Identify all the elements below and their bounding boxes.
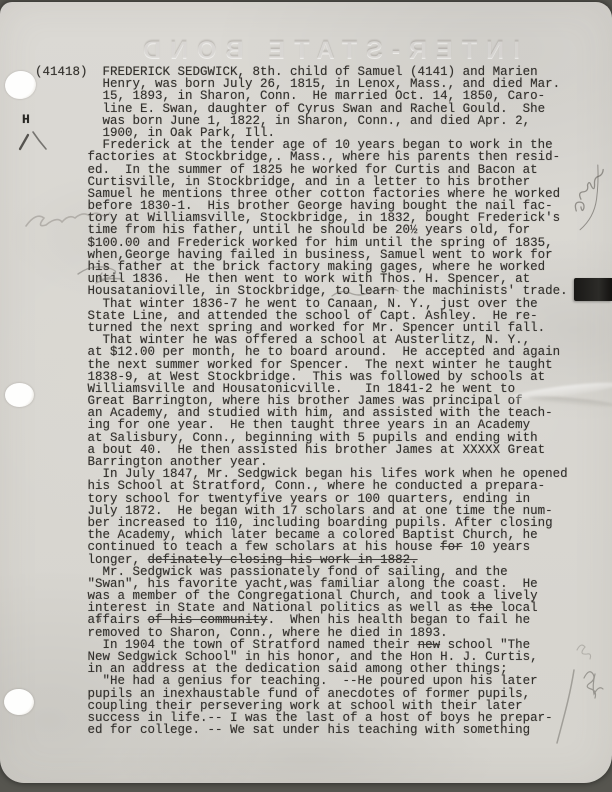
text-line: ing for one year. He then taught three y…	[35, 419, 568, 431]
text-line: at Salisbury, Conn., beginning with 5 pu…	[35, 432, 568, 444]
text-line: ed for college. -- We sat under his teac…	[35, 724, 568, 736]
text-line: $100.00 and Frederick worked for him unt…	[35, 237, 568, 249]
paragraph-body: In 1904 the town of Stratford named thei…	[35, 639, 568, 676]
paragraph-body: That winter he was offered a school at A…	[35, 334, 568, 468]
text-line: Housatanioville, in Stockbridge, to lear…	[35, 285, 568, 297]
text-line: longer, definately closing his work in 1…	[35, 554, 568, 566]
paragraph-body: Frederick at the tender age of 10 years …	[35, 139, 568, 297]
typewritten-text: (41418) FREDERICK SEDGWICK, 8th. child o…	[35, 66, 568, 736]
text-line: pupils an inexhaustable fund of anecdote…	[35, 688, 568, 700]
text-line: his School at Stratford, Conn., where he…	[35, 480, 568, 492]
text-line: That winter 1836-7 he went to Canaan, N.…	[35, 298, 568, 310]
black-mark-right-edge	[574, 278, 612, 301]
text-line: affairs of his community. When his healt…	[35, 614, 568, 626]
paragraph-quote: "He had a genius for teaching. --He pour…	[35, 675, 568, 736]
hole-punch-top	[3, 69, 38, 101]
text-line: factories at Stockbridge,. Mass., where …	[35, 151, 568, 163]
text-line: tory school for twentyfive years or 100 …	[35, 493, 568, 505]
text-line: removed to Sharon, Conn., where he died …	[35, 627, 568, 639]
text-line: time from his father, until he should be…	[35, 224, 568, 236]
text-line: 15, 1893, in Sharon, Conn. He married Oc…	[35, 90, 568, 102]
paragraph-body: Mr. Sedgwick was passionately fond of sa…	[35, 566, 568, 639]
text-line: the next summer worked for Spencer. The …	[35, 359, 568, 371]
text-line: ed. In the summer of 1825 he worked for …	[35, 164, 568, 176]
pencil-strikethrough: for	[440, 540, 463, 554]
paper-page: INTER-STATE BOND (41418) FREDERICK SEDGW…	[0, 2, 612, 783]
paragraph-body: In July 1847, Mr. Sedgwick began his lif…	[35, 468, 568, 566]
text-line: "He had a genius for teaching. --He pour…	[35, 675, 568, 687]
margin-letter-h: H	[22, 112, 30, 127]
text-line: at $12.00 per month, he to board around.…	[35, 346, 568, 358]
hole-punch-middle	[5, 383, 34, 407]
scan-surface: { "page": { "watermark": "INTER-STATE BO…	[0, 0, 612, 792]
hole-punch-bottom	[3, 688, 35, 717]
paragraph-entry-header: (41418) FREDERICK SEDGWICK, 8th. child o…	[35, 66, 568, 139]
text-line: line E. Swan, daughter of Cyrus Swan and…	[35, 103, 568, 115]
paragraph-body: That winter 1836-7 he went to Canaan, N.…	[35, 298, 568, 335]
paper-watermark: INTER-STATE BOND	[88, 35, 566, 65]
